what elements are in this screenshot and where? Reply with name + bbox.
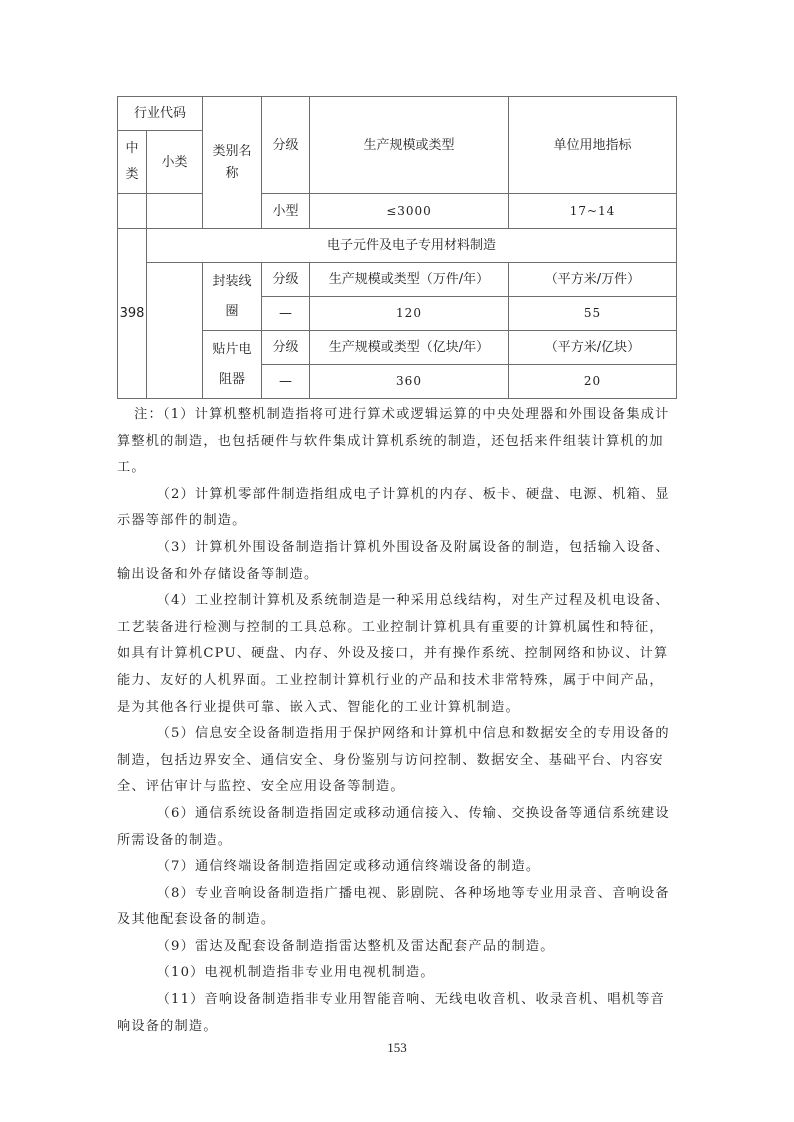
cell-scale-small: ≤3000 [310, 194, 509, 229]
item-scale-header-resistor: 生产规模或类型（亿块/年） [310, 331, 509, 365]
cell-grade-small: 小型 [262, 194, 310, 229]
note-1: 注：（1）计算机整机制造指将可进行算术或逻辑运算的中央处理器和外围设备集成计算整… [117, 402, 677, 482]
item-name-coil: 封装线圈 [203, 263, 262, 331]
item-scale-coil: 120 [310, 297, 509, 331]
page-number: 153 [0, 1040, 794, 1056]
item-index-coil: 55 [509, 297, 677, 331]
item-scale-resistor: 360 [310, 365, 509, 399]
item-name-coil-text: 封装线圈 [212, 274, 251, 319]
note-2: （2）计算机零部件制造指组成电子计算机的内存、板卡、硬盘、电源、机箱、显示器等部… [117, 482, 677, 535]
item-index-header-resistor: （平方米/亿块） [509, 331, 677, 365]
cell-middle-empty [118, 194, 147, 229]
header-category-name-text: 类别名称 [212, 144, 251, 181]
item-grade-coil: — [262, 297, 310, 331]
item-name-resistor-text: 贴片电阻器 [212, 342, 251, 387]
note-10: （10）电视机制造指非专业用电视机制造。 [117, 960, 677, 987]
cell-small-class-empty [147, 263, 203, 399]
note-7: （7）通信终端设备制造指固定或移动通信终端设备的制造。 [117, 854, 677, 881]
notes: 注：（1）计算机整机制造指将可进行算术或逻辑运算的中央处理器和外围设备集成计算整… [117, 402, 677, 1040]
header-middle-class: 中类 [118, 131, 147, 194]
header-industry-code: 行业代码 [118, 97, 203, 131]
item-name-resistor: 贴片电阻器 [203, 331, 262, 399]
note-6: （6）通信系统设备制造指固定或移动通信接入、传输、交换设备等通信系统建设所需设备… [117, 801, 677, 854]
header-small-class: 小类 [147, 131, 203, 194]
section-title: 电子元件及电子专用材料制造 [147, 229, 677, 263]
header-land-index: 单位用地指标 [509, 97, 677, 194]
note-4: （4）工业控制计算机及系统制造是一种采用总线结构，对生产过程及机电设备、工艺装备… [117, 588, 677, 721]
cell-small-empty [147, 194, 203, 229]
header-middle-class-text: 中类 [125, 141, 138, 182]
item-grade-header-coil: 分级 [262, 263, 310, 297]
note-9: （9）雷达及配套设备制造指雷达整机及雷达配套产品的制造。 [117, 934, 677, 961]
item-grade-resistor: — [262, 365, 310, 399]
land-use-index-table: 行业代码 类别名称 分级 生产规模或类型 单位用地指标 中类 小类 小型 ≤30… [117, 96, 677, 399]
note-8: （8）专业音响设备制造指广播电视、影剧院、各种场地等专业用录音、音响设备及其他配… [117, 881, 677, 934]
note-11: （11）音响设备制造指非专业用智能音响、无线电收音机、收录音机、唱机等音响设备的… [117, 987, 677, 1040]
cell-index-small: 17~14 [509, 194, 677, 229]
item-index-header-coil: （平方米/万件） [509, 263, 677, 297]
header-grade: 分级 [262, 97, 310, 194]
cell-code-398: 398 [118, 229, 147, 399]
note-3: （3）计算机外围设备制造指计算机外围设备及附属设备的制造，包括输入设备、输出设备… [117, 535, 677, 588]
header-category-name: 类别名称 [203, 97, 262, 229]
item-grade-header-resistor: 分级 [262, 331, 310, 365]
header-scale-type: 生产规模或类型 [310, 97, 509, 194]
item-index-resistor: 20 [509, 365, 677, 399]
item-scale-header-coil: 生产规模或类型（万件/年） [310, 263, 509, 297]
note-5: （5）信息安全设备制造指用于保护网络和计算机中信息和数据安全的专用设备的制造，包… [117, 721, 677, 801]
